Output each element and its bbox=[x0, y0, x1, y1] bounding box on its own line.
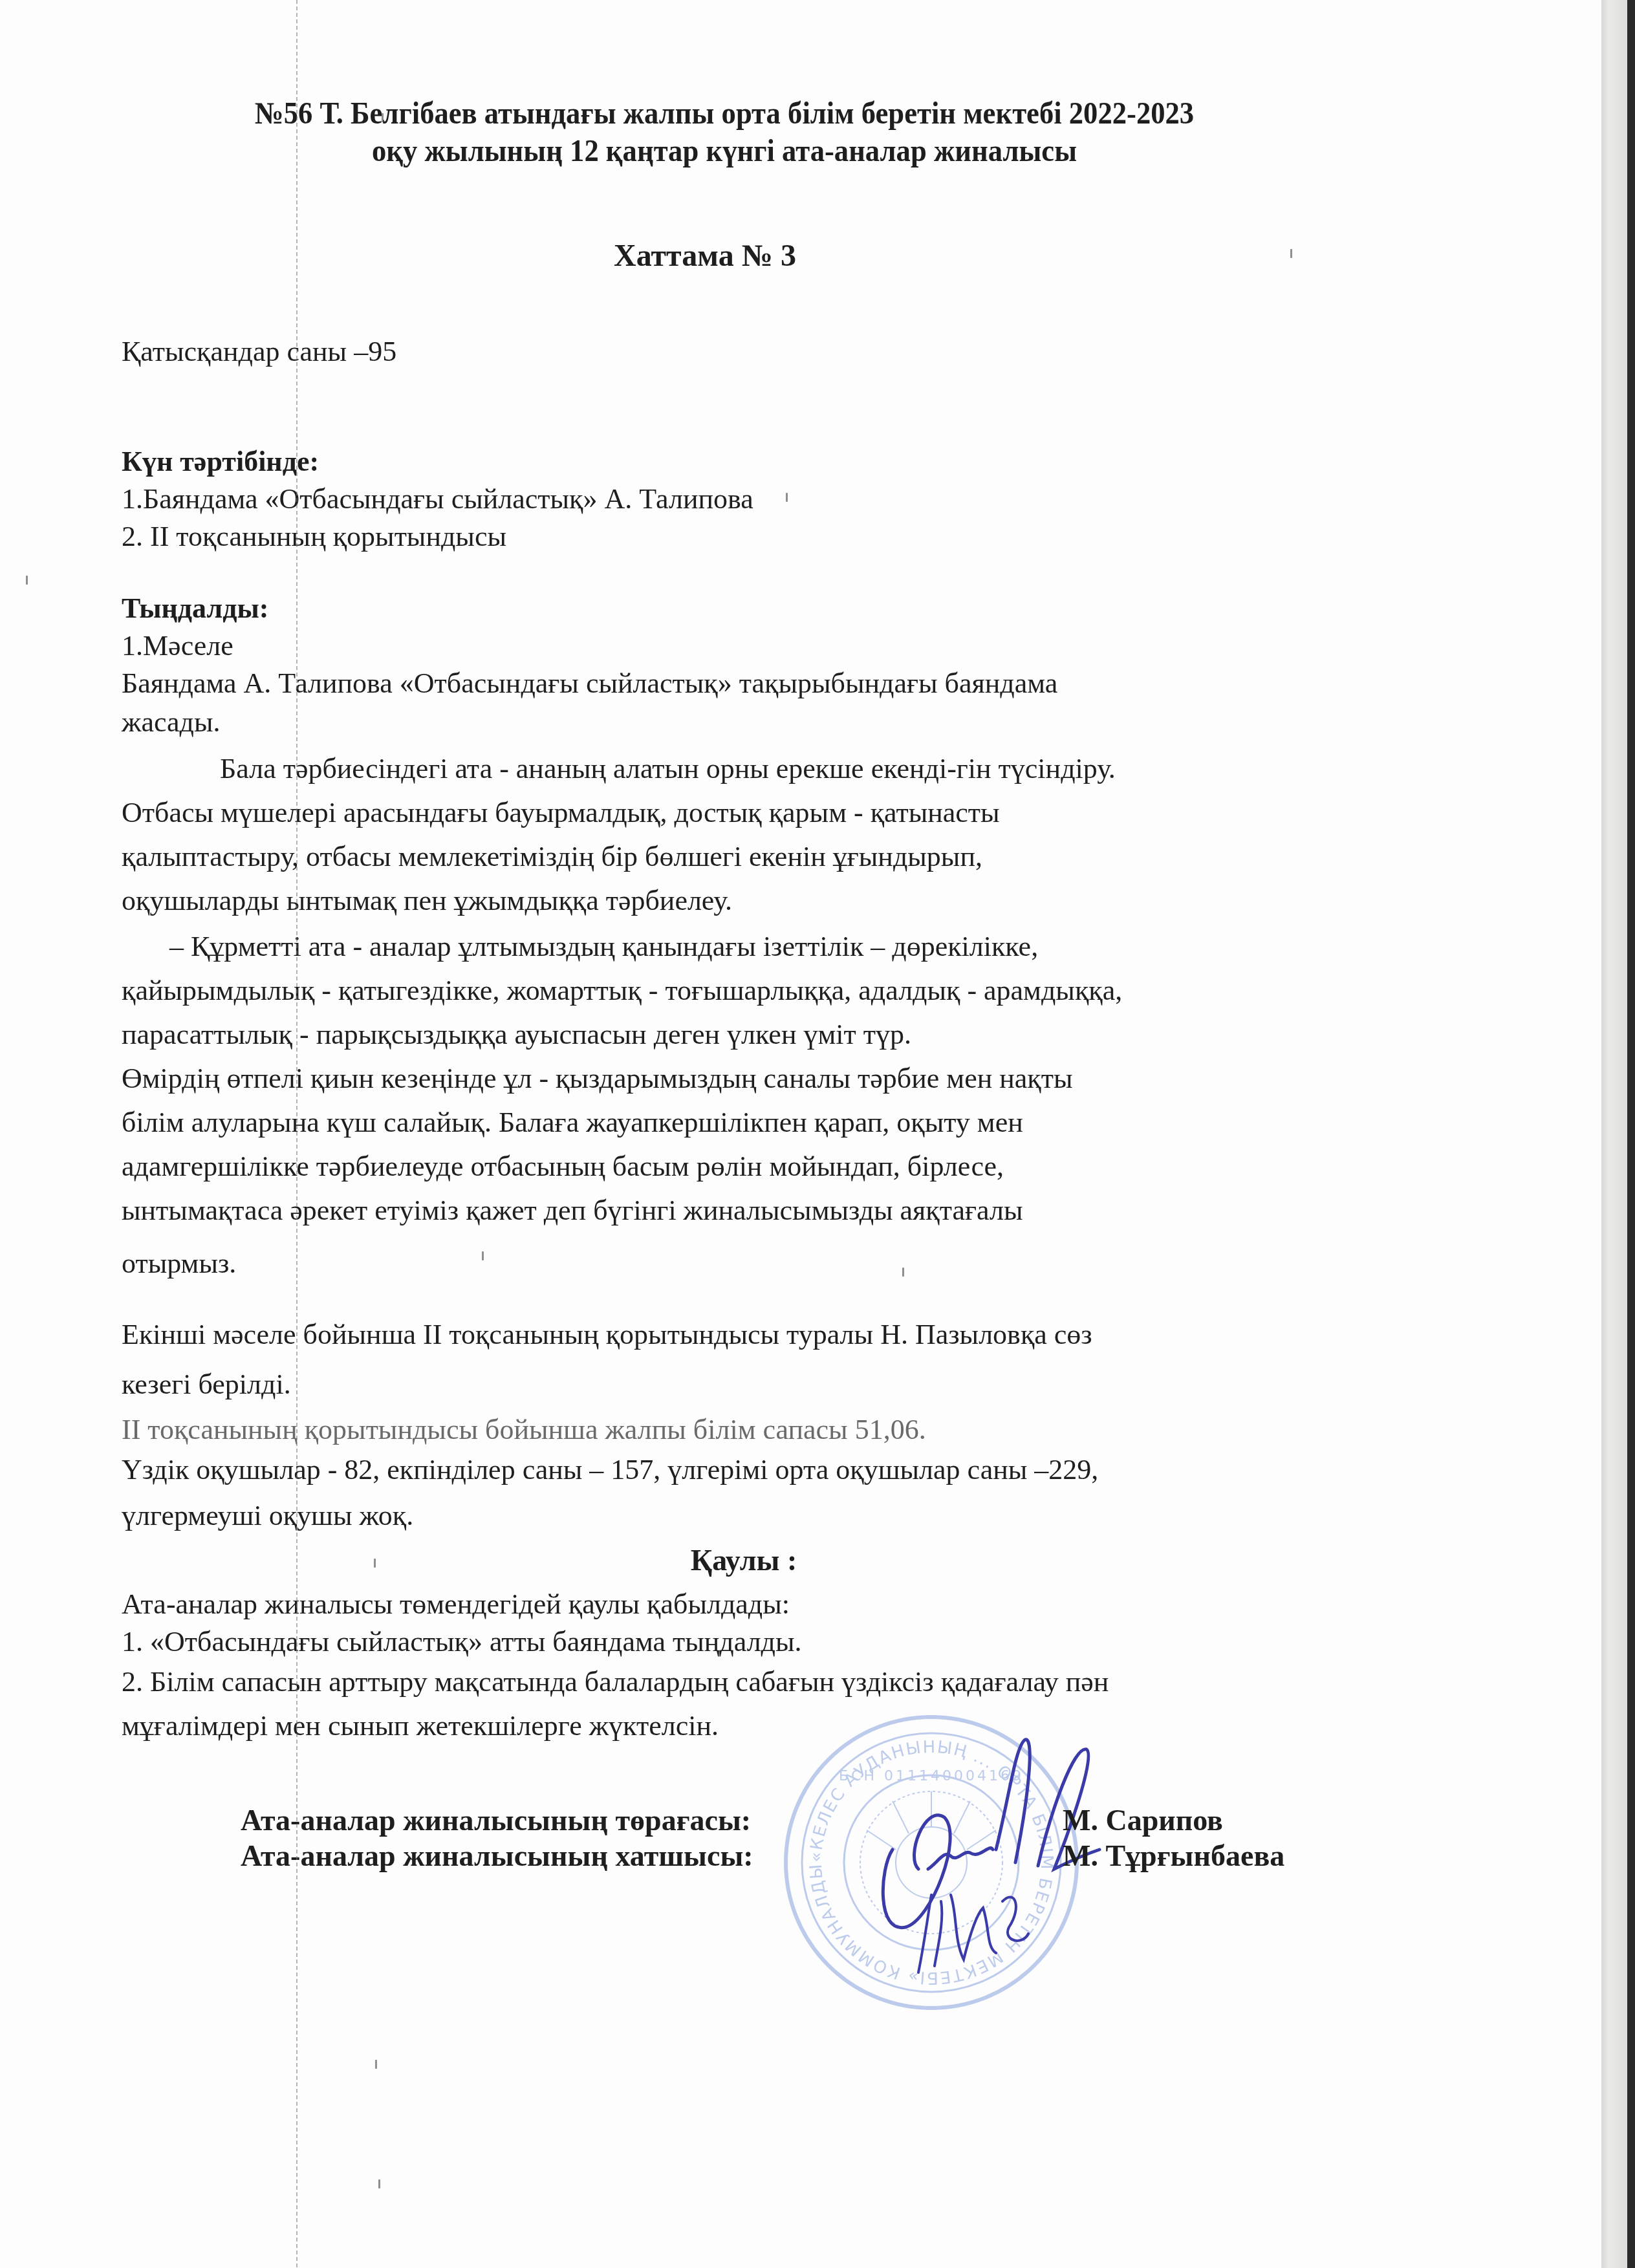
body-line: білім алуларына күш салайық. Балаға жауа… bbox=[122, 1104, 1023, 1141]
agenda-heading: Күн тәртібінде: bbox=[122, 443, 319, 481]
title-line-2: оқу жылының 12 қаңтар күнгі ата-аналар ж… bbox=[50, 133, 1398, 169]
scan-speck bbox=[26, 576, 28, 585]
body-line: қалыптастыру, отбасы мемлекетіміздің бір… bbox=[122, 838, 982, 876]
agenda-item: 2. ІІ тоқсанының қорытындысы bbox=[122, 518, 506, 556]
secretary-role-label: Ата-аналар жиналысының хатшысы: bbox=[241, 1839, 753, 1873]
scanner-line-artifact bbox=[296, 0, 298, 2268]
body-line: – Құрметті ата - аналар ұлтымыздың қанын… bbox=[169, 928, 1038, 966]
protocol-number: Хаттама № 3 bbox=[0, 238, 1410, 274]
body-line: Баяндама А. Талипова «Отбасындағы сыйлас… bbox=[122, 665, 1057, 702]
issue-2-line: үлгермеуші оқушы жоқ. bbox=[122, 1497, 413, 1535]
body-line: парасаттылық - парықсыздыққа ауыспасын д… bbox=[122, 1016, 911, 1053]
body-line: оқушыларды ынтымақ пен ұжымдыққа тәрбиел… bbox=[122, 882, 732, 920]
scan-speck bbox=[378, 2179, 380, 2188]
scanned-document-page: №56 Т. Белгібаев атындағы жалпы орта біл… bbox=[0, 0, 1597, 2268]
document-title: №56 Т. Белгібаев атындағы жалпы орта біл… bbox=[50, 96, 1398, 169]
issue-2-line: Үздік оқушылар - 82, екпінділер саны – 1… bbox=[122, 1451, 1098, 1489]
body-line: Отбасы мүшелері арасындағы бауырмалдық, … bbox=[122, 794, 1000, 832]
agenda-item: 1.Баяндама «Отбасындағы сыйластық» А. Та… bbox=[122, 481, 753, 518]
resolution-item: 2. Білім сапасын арттыру мақсатында бала… bbox=[122, 1663, 1109, 1701]
scan-speck bbox=[482, 1251, 484, 1260]
body-line: Өмірдің өтпелі қиын кезеңінде ұл - қызда… bbox=[122, 1060, 1073, 1097]
scan-speck bbox=[375, 2060, 377, 2069]
scan-speck bbox=[902, 1268, 904, 1277]
attendance-count: Қатысқандар саны –95 bbox=[122, 333, 396, 371]
scan-speck bbox=[382, 113, 384, 122]
body-line: ынтымақтаса әрекет етуіміз қажет деп бүг… bbox=[122, 1192, 1023, 1229]
issue-2-line: кезегі берілді. bbox=[122, 1366, 291, 1403]
title-line-1: №56 Т. Белгібаев атындағы жалпы орта біл… bbox=[50, 96, 1398, 132]
scanner-edge-dark bbox=[1627, 0, 1635, 2268]
issue-2-line: Екінші мәселе бойынша ІІ тоқсанының қоры… bbox=[122, 1316, 1092, 1354]
secretary-name: М. Тұрғынбаева bbox=[1063, 1839, 1284, 1873]
issue-2-line: ІІ тоқсанының қорытындысы бойынша жалпы … bbox=[122, 1411, 926, 1449]
issue-1-label: 1.Мәселе bbox=[122, 627, 233, 665]
scan-speck bbox=[374, 1559, 376, 1568]
resolution-item: мұғалімдері мен сынып жетекшілерге жүкте… bbox=[122, 1707, 719, 1745]
resolution-intro: Ата-аналар жиналысы төмендегідей қаулы қ… bbox=[122, 1586, 790, 1623]
chair-role-label: Ата-аналар жиналысының төрағасы: bbox=[241, 1803, 751, 1837]
scan-speck bbox=[786, 493, 788, 502]
scanner-edge bbox=[1601, 0, 1627, 2268]
scan-speck bbox=[1290, 249, 1292, 258]
body-line: Бала тәрбиесіндегі ата - ананың алатын о… bbox=[220, 750, 1116, 788]
body-line: қайырымдылық - қатыгездікке, жомарттық -… bbox=[122, 972, 1122, 1010]
resolution-item: 1. «Отбасындағы сыйластық» атты баяндама… bbox=[122, 1623, 802, 1661]
body-line: адамгершілікке тәрбиелеуде отбасының бас… bbox=[122, 1148, 1004, 1185]
body-line: жасады. bbox=[122, 704, 220, 741]
body-line: отырмыз. bbox=[122, 1245, 236, 1282]
resolution-heading: Қаулы : bbox=[0, 1543, 1488, 1577]
chair-name: М. Сарипов bbox=[1063, 1803, 1223, 1837]
heard-heading: Тыңдалды: bbox=[122, 590, 268, 627]
